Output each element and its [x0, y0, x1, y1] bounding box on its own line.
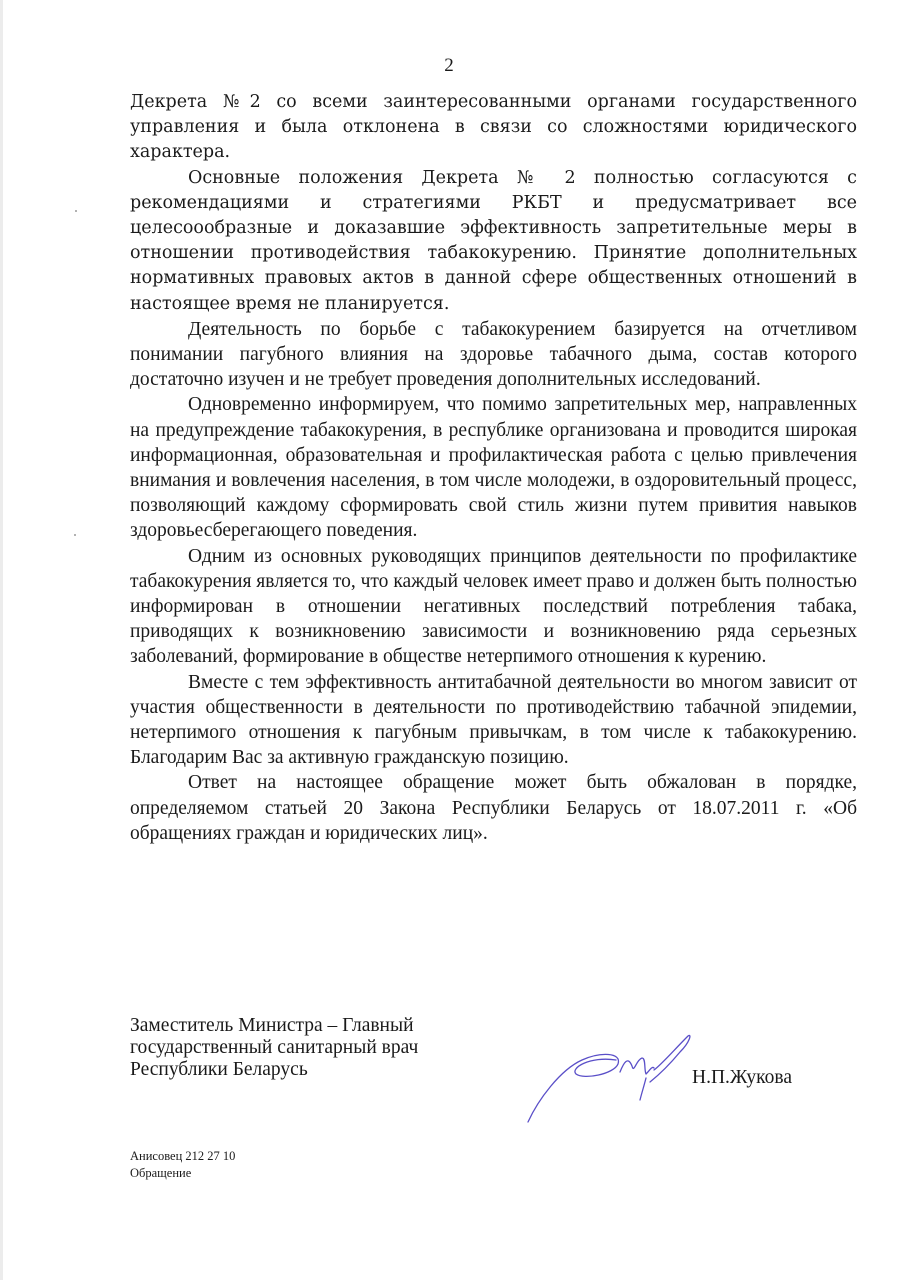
signer-name: Н.П.Жукова [692, 1067, 792, 1089]
paragraph: Вместе с тем эффективность антитабачной … [130, 670, 857, 771]
paragraph: Деятельность по борьбе с табакокурением … [130, 317, 857, 393]
scan-speck [75, 210, 77, 212]
letter-body: Декрета №2 со всеми заинтересованными ор… [130, 90, 857, 846]
scan-speck [74, 534, 76, 536]
paragraph: Ответ на настоящее обращение может быть … [130, 770, 857, 846]
signatory-title-line: Республики Беларусь [130, 1059, 418, 1081]
document-footer: Анисовец 212 27 10 Обращение [130, 1148, 235, 1182]
document-type-note: Обращение [130, 1165, 235, 1182]
page-number: 2 [0, 54, 898, 78]
paragraph: Одновременно информируем, что помимо зап… [130, 392, 857, 543]
handwritten-signature-icon [520, 1030, 700, 1130]
paragraph: Основные положения Декрета № 2 полностью… [130, 166, 857, 317]
signatory-title-line: государственный санитарный врач [130, 1037, 418, 1059]
scan-edge [0, 0, 3, 1280]
signatory-title-line: Заместитель Министра – Главный [130, 1015, 418, 1037]
executor-contact: Анисовец 212 27 10 [130, 1148, 235, 1165]
signatory-title: Заместитель Министра – Главный государст… [130, 1015, 418, 1081]
paragraph: Одним из основных руководящих принципов … [130, 544, 857, 670]
paragraph: Декрета №2 со всеми заинтересованными ор… [130, 90, 857, 166]
